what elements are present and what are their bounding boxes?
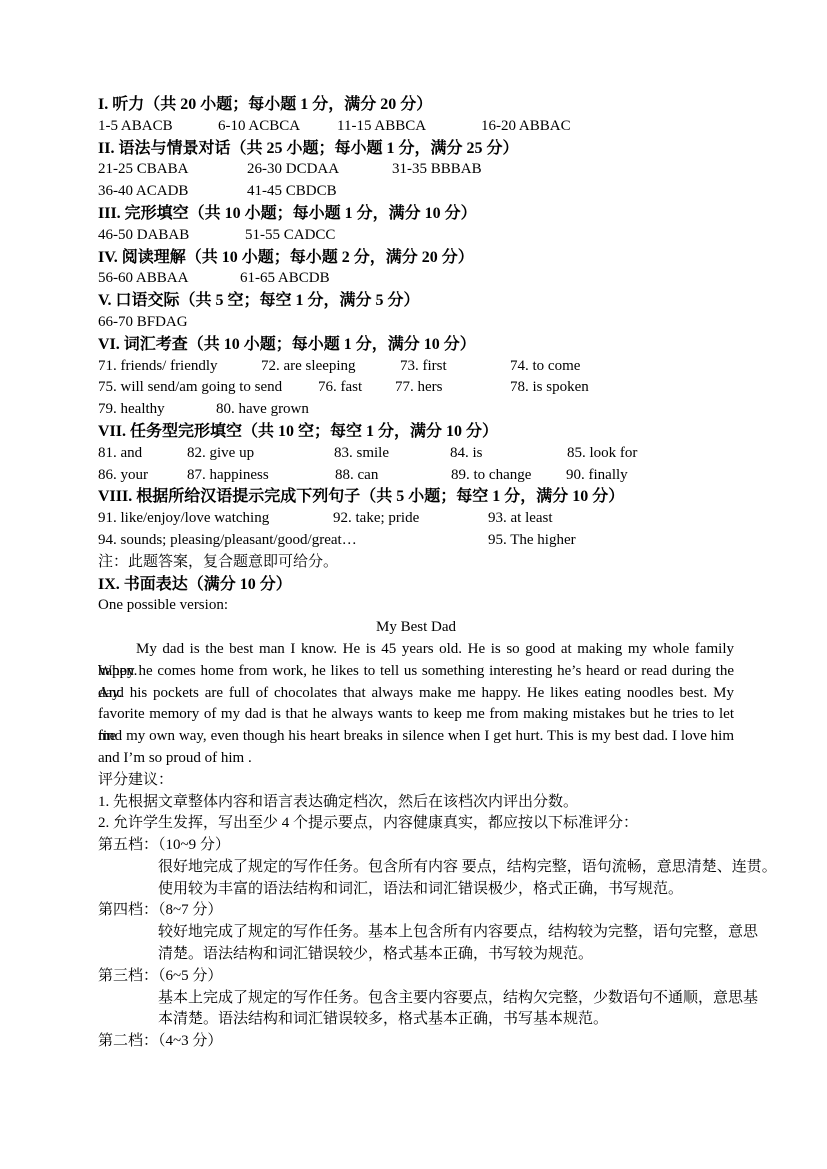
grading-note: 注：此题答案，复合题意即可给分。	[98, 552, 734, 574]
answer-cell: 87. happiness	[187, 465, 269, 487]
page-content: I. 听力（共 20 小题；每小题 1 分，满分 20 分） 1-5 ABACB…	[98, 94, 734, 1053]
section-title-sentence-completion: VIII. 根据所给汉语提示完成下列句子（共 5 小题；每空 1 分，满分 10…	[98, 486, 734, 508]
band-label: 第四档：（8~7 分）	[98, 900, 734, 922]
answer-row: 46-50 DABAB 51-55 CADCC	[98, 225, 734, 247]
sample-version-label: One possible version:	[98, 595, 734, 617]
answer-cell: 81. and	[98, 443, 142, 465]
answer-cell: 86. your	[98, 465, 148, 487]
essay-line: favorite memory of my dad is that he alw…	[98, 704, 734, 726]
answer-row: 81. and 82. give up 83. smile 84. is 85.…	[98, 443, 734, 465]
answer-cell: 94. sounds; pleasing/pleasant/good/great…	[98, 530, 357, 552]
answer-cell: 84. is	[450, 443, 483, 465]
answer-row: 75. will send/am going to send 76. fast …	[98, 377, 734, 399]
answer-cell: 91. like/enjoy/love watching	[98, 508, 269, 530]
answer-cell: 41-45 CBDCB	[247, 181, 337, 203]
answer-cell: 72. are sleeping	[261, 356, 356, 378]
answer-cell: 95. The higher	[488, 530, 576, 552]
answer-cell: 56-60 ABBAA	[98, 268, 188, 290]
section-title-vocabulary: VI. 词汇考查（共 10 小题；每小题 1 分，满分 10 分）	[98, 334, 734, 356]
answer-cell: 36-40 ACADB	[98, 181, 188, 203]
section-title-reading: IV. 阅读理解（共 10 小题；每小题 2 分，满分 20 分）	[98, 247, 734, 269]
answer-row: 86. your 87. happiness 88. can 89. to ch…	[98, 465, 734, 487]
band-desc-line: 基本上完成了规定的写作任务。包含主要内容要点，结构欠完整，少数语句不通顺，意思基	[98, 988, 734, 1010]
answer-row: 21-25 CBABA 26-30 DCDAA 31-35 BBBAB	[98, 159, 734, 181]
answer-cell: 89. to change	[451, 465, 531, 487]
section-title-grammar: II. 语法与情景对话（共 25 小题；每小题 1 分，满分 25 分）	[98, 138, 734, 160]
band-label: 第三档：（6~5 分）	[98, 966, 734, 988]
essay-line: And his pockets are full of chocolates t…	[98, 683, 734, 705]
answer-cell: 92. take; pride	[333, 508, 419, 530]
essay-line: and I’m so proud of him .	[98, 748, 734, 770]
answer-row: 94. sounds; pleasing/pleasant/good/great…	[98, 530, 734, 552]
section-title-oral: V. 口语交际（共 5 空；每空 1 分，满分 5 分）	[98, 290, 734, 312]
answer-cell: 75. will send/am going to send	[98, 377, 282, 399]
answer-row: 71. friends/ friendly 72. are sleeping 7…	[98, 356, 734, 378]
grading-heading: 评分建议：	[98, 770, 734, 792]
answer-cell: 82. give up	[187, 443, 254, 465]
answer-row: 66-70 BFDAG	[98, 312, 734, 334]
answer-cell: 6-10 ACBCA	[218, 116, 300, 138]
band-label: 第五档：（10~9 分）	[98, 835, 734, 857]
answer-row: 56-60 ABBAA 61-65 ABCDB	[98, 268, 734, 290]
answer-cell: 83. smile	[334, 443, 389, 465]
section-title-cloze: III. 完形填空（共 10 小题；每小题 1 分，满分 10 分）	[98, 203, 734, 225]
essay-line: find my own way, even though his heart b…	[98, 726, 734, 748]
answer-cell: 46-50 DABAB	[98, 225, 189, 247]
answer-cell: 11-15 ABBCA	[337, 116, 426, 138]
grading-item: 2. 允许学生发挥，写出至少 4 个提示要点，内容健康真实，都应按以下标准评分：	[98, 813, 734, 835]
answer-cell: 85. look for	[567, 443, 637, 465]
answer-cell: 74. to come	[510, 356, 580, 378]
band-desc-line: 本清楚。语法结构和词汇错误较多，格式基本正确，书写基本规范。	[98, 1009, 734, 1031]
section-title-listening: I. 听力（共 20 小题；每小题 1 分，满分 20 分）	[98, 94, 734, 116]
answer-cell: 26-30 DCDAA	[247, 159, 339, 181]
answer-cell: 79. healthy	[98, 399, 165, 421]
answer-cell: 80. have grown	[216, 399, 309, 421]
band-label: 第二档：（4~3 分）	[98, 1031, 734, 1053]
band-desc-line: 很好地完成了规定的写作任务。包含所有内容 要点，结构完整，语句流畅，意思清楚、连…	[98, 857, 734, 879]
answer-cell: 90. finally	[566, 465, 628, 487]
essay-line: My dad is the best man I know. He is 45 …	[98, 639, 734, 661]
answer-key-page: I. 听力（共 20 小题；每小题 1 分，满分 20 分） 1-5 ABACB…	[0, 0, 827, 1169]
answer-cell: 76. fast	[318, 377, 362, 399]
answer-cell: 71. friends/ friendly	[98, 356, 218, 378]
band-desc-line: 使用较为丰富的语法结构和词汇，语法和词汇错误极少，格式正确，书写规范。	[98, 879, 734, 901]
answer-cell: 31-35 BBBAB	[392, 159, 482, 181]
answer-row: 36-40 ACADB 41-45 CBDCB	[98, 181, 734, 203]
answer-cell: 78. is spoken	[510, 377, 589, 399]
essay-line: When he comes home from work, he likes t…	[98, 661, 734, 683]
band-desc-line: 清楚。语法结构和词汇错误较少，格式基本正确，书写较为规范。	[98, 944, 734, 966]
answer-cell: 66-70 BFDAG	[98, 312, 188, 334]
essay-title: My Best Dad	[98, 617, 734, 639]
answer-row: 1-5 ABACB 6-10 ACBCA 11-15 ABBCA 16-20 A…	[98, 116, 734, 138]
answer-cell: 88. can	[335, 465, 378, 487]
answer-row: 91. like/enjoy/love watching 92. take; p…	[98, 508, 734, 530]
answer-row: 79. healthy 80. have grown	[98, 399, 734, 421]
answer-cell: 16-20 ABBAC	[481, 116, 571, 138]
answer-cell: 61-65 ABCDB	[240, 268, 330, 290]
grading-item: 1. 先根据文章整体内容和语言表达确定档次，然后在该档次内评出分数。	[98, 792, 734, 814]
answer-cell: 51-55 CADCC	[245, 225, 335, 247]
answer-cell: 77. hers	[395, 377, 443, 399]
answer-cell: 93. at least	[488, 508, 553, 530]
answer-cell: 73. first	[400, 356, 447, 378]
answer-cell: 21-25 CBABA	[98, 159, 188, 181]
band-desc-line: 较好地完成了规定的写作任务。基本上包含所有内容要点，结构较为完整，语句完整，意思	[98, 922, 734, 944]
answer-cell: 1-5 ABACB	[98, 116, 173, 138]
section-title-writing: IX. 书面表达（满分 10 分）	[98, 574, 734, 596]
section-title-task-cloze: VII. 任务型完形填空（共 10 空；每空 1 分，满分 10 分）	[98, 421, 734, 443]
